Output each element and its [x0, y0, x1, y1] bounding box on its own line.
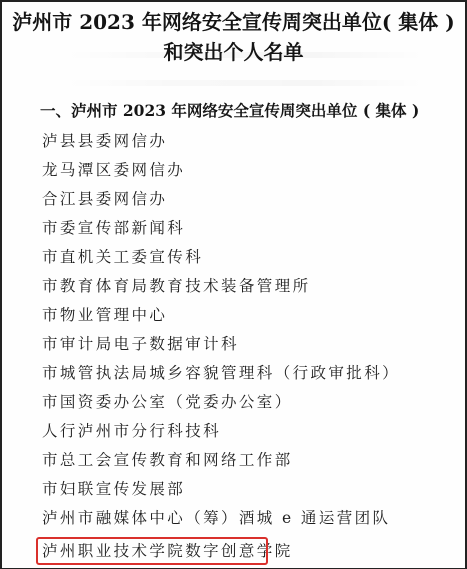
list-item: 合江县委网信办	[42, 187, 167, 209]
list-item: 市教育体育局教育技术装备管理所	[42, 274, 311, 296]
highlight-box	[36, 537, 268, 565]
show-through-text	[62, 80, 425, 86]
document-title-line-2: 和突出个人名单	[2, 36, 465, 65]
document-title-line-1: 泸州市 2023 年网络安全宣传周突出单位( 集体 )	[2, 6, 465, 35]
list-item: 泸县县委网信办	[42, 129, 167, 151]
list-item: 市国资委办公室（党委办公室）	[42, 390, 293, 412]
list-item: 市物业管理中心	[42, 303, 167, 325]
list-item: 市城管执法局城乡容貌管理科（行政审批科）	[42, 361, 400, 383]
list-item: 市妇联宣传发展部	[42, 477, 185, 499]
list-item: 市审计局电子数据审计科	[42, 332, 239, 354]
list-item: 市直机关工委宣传科	[42, 245, 203, 267]
list-item: 龙马潭区委网信办	[42, 158, 185, 180]
list-item: 市总工会宣传教育和网络工作部	[42, 448, 293, 470]
section-heading: 一、泸州市 2023 年网络安全宣传周突出单位 ( 集体 )	[40, 99, 419, 121]
list-item: 市委宣传部新闻科	[42, 216, 185, 238]
list-item: 人行泸州市分行科技科	[42, 419, 221, 441]
document-page: 泸州市 2023 年网络安全宣传周突出单位( 集体 ) 和突出个人名单 一、泸州…	[0, 0, 467, 569]
list-item: 泸州市融媒体中心（筹）酒城 e 通运营团队	[42, 506, 390, 528]
